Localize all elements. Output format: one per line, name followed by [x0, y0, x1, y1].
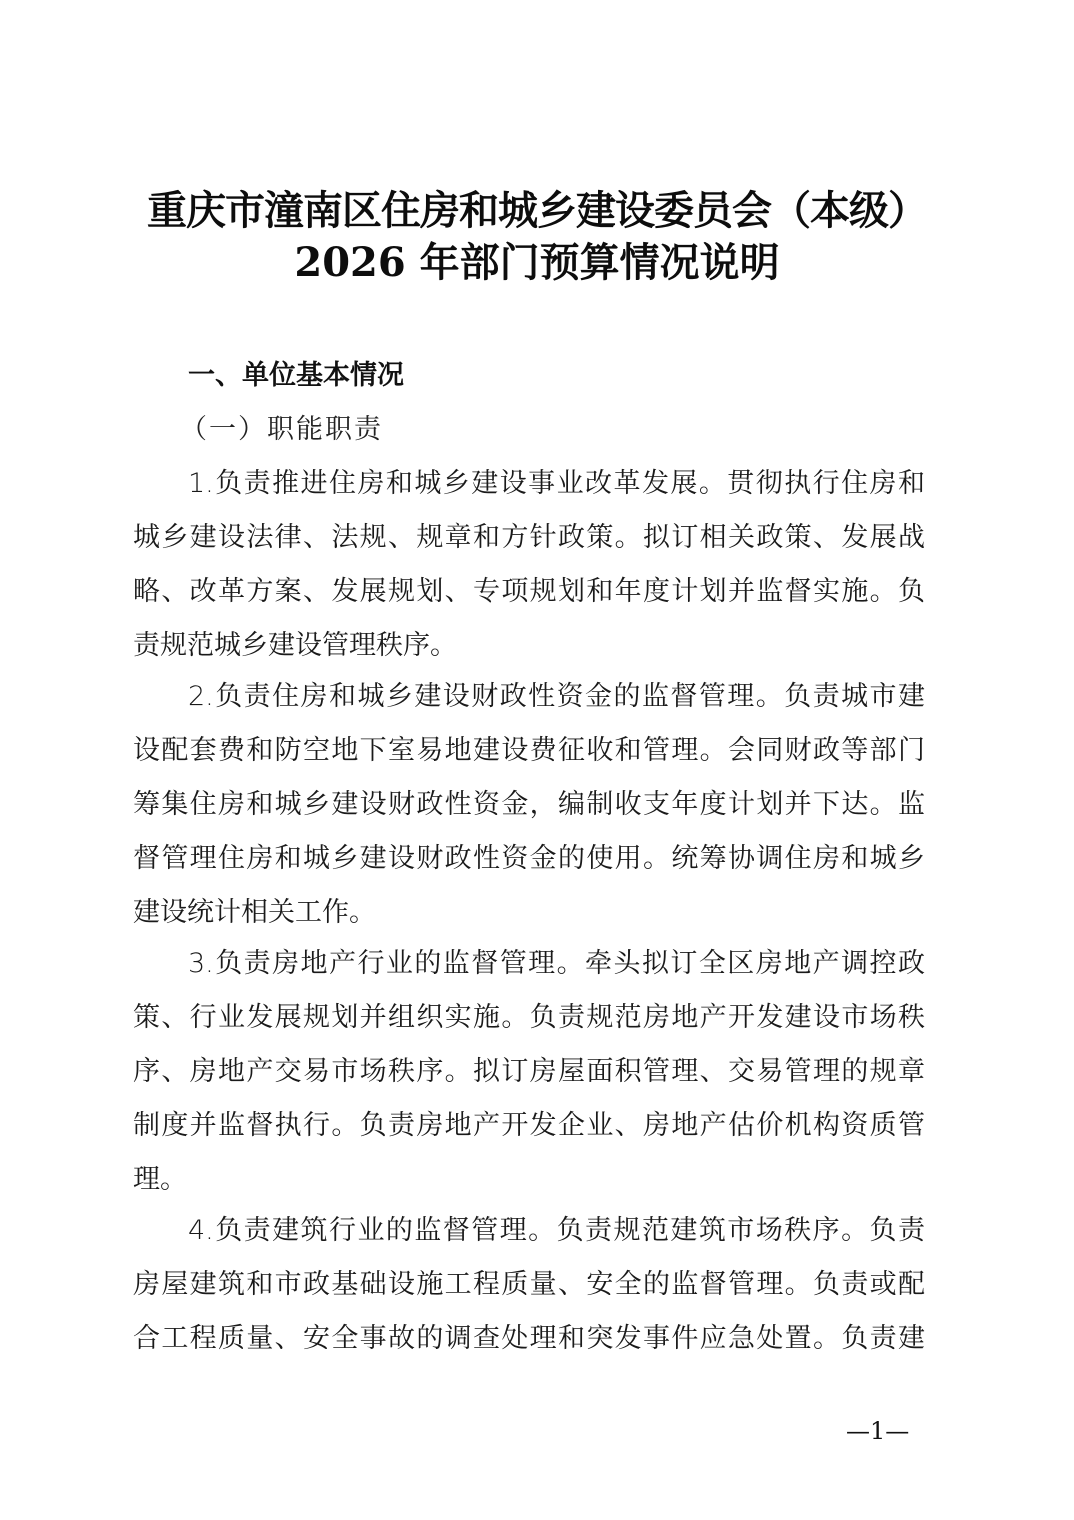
paragraph-line: 建设统计相关工作。	[133, 893, 925, 933]
subsection-heading: （一）职能职责	[180, 410, 383, 450]
paragraph-line: 策、行业发展规划并组织实施。负责规范房地产开发建设市场秩	[133, 998, 925, 1038]
paragraph-line: 理。	[133, 1160, 925, 1200]
page-number: —1—	[846, 1414, 909, 1448]
paragraph-line: 责规范城乡建设管理秩序。	[133, 626, 925, 666]
paragraph-line: 序、房地产交易市场秩序。拟订房屋面积管理、交易管理的规章	[133, 1052, 925, 1092]
section-heading: 一、单位基本情况	[188, 356, 404, 396]
paragraph-line: 4.负责建筑行业的监督管理。负责规范建筑市场秩序。负责	[188, 1211, 925, 1251]
paragraph-line: 1.负责推进住房和城乡建设事业改革发展。贯彻执行住房和	[188, 464, 925, 504]
paragraph-line: 筹集住房和城乡建设财政性资金，编制收支年度计划并下达。监	[133, 785, 925, 825]
paragraph-line: 2.负责住房和城乡建设财政性资金的监督管理。负责城市建	[188, 677, 925, 717]
document-page: 重庆市潼南区住房和城乡建设委员会（本级） 2026 年部门预算情况说明 一、单位…	[0, 0, 1074, 1520]
paragraph-line: 房屋建筑和市政基础设施工程质量、安全的监督管理。负责或配	[133, 1265, 925, 1305]
paragraph-line: 设配套费和防空地下室易地建设费征收和管理。会同财政等部门	[133, 731, 925, 771]
paragraph-line: 3.负责房地产行业的监督管理。牵头拟订全区房地产调控政	[188, 944, 925, 984]
paragraph-line: 督管理住房和城乡建设财政性资金的使用。统筹协调住房和城乡	[133, 839, 925, 879]
paragraph-line: 城乡建设法律、法规、规章和方针政策。拟订相关政策、发展战	[133, 518, 925, 558]
paragraph-line: 略、改革方案、发展规划、专项规划和年度计划并监督实施。负	[133, 572, 925, 612]
paragraph-line: 制度并监督执行。负责房地产开发企业、房地产估价机构资质管	[133, 1106, 925, 1146]
document-title-line-2: 2026 年部门预算情况说明	[0, 238, 1074, 288]
paragraph-line: 合工程质量、安全事故的调查处理和突发事件应急处置。负责建	[133, 1319, 925, 1359]
document-title-line-1: 重庆市潼南区住房和城乡建设委员会（本级）	[0, 186, 1074, 236]
